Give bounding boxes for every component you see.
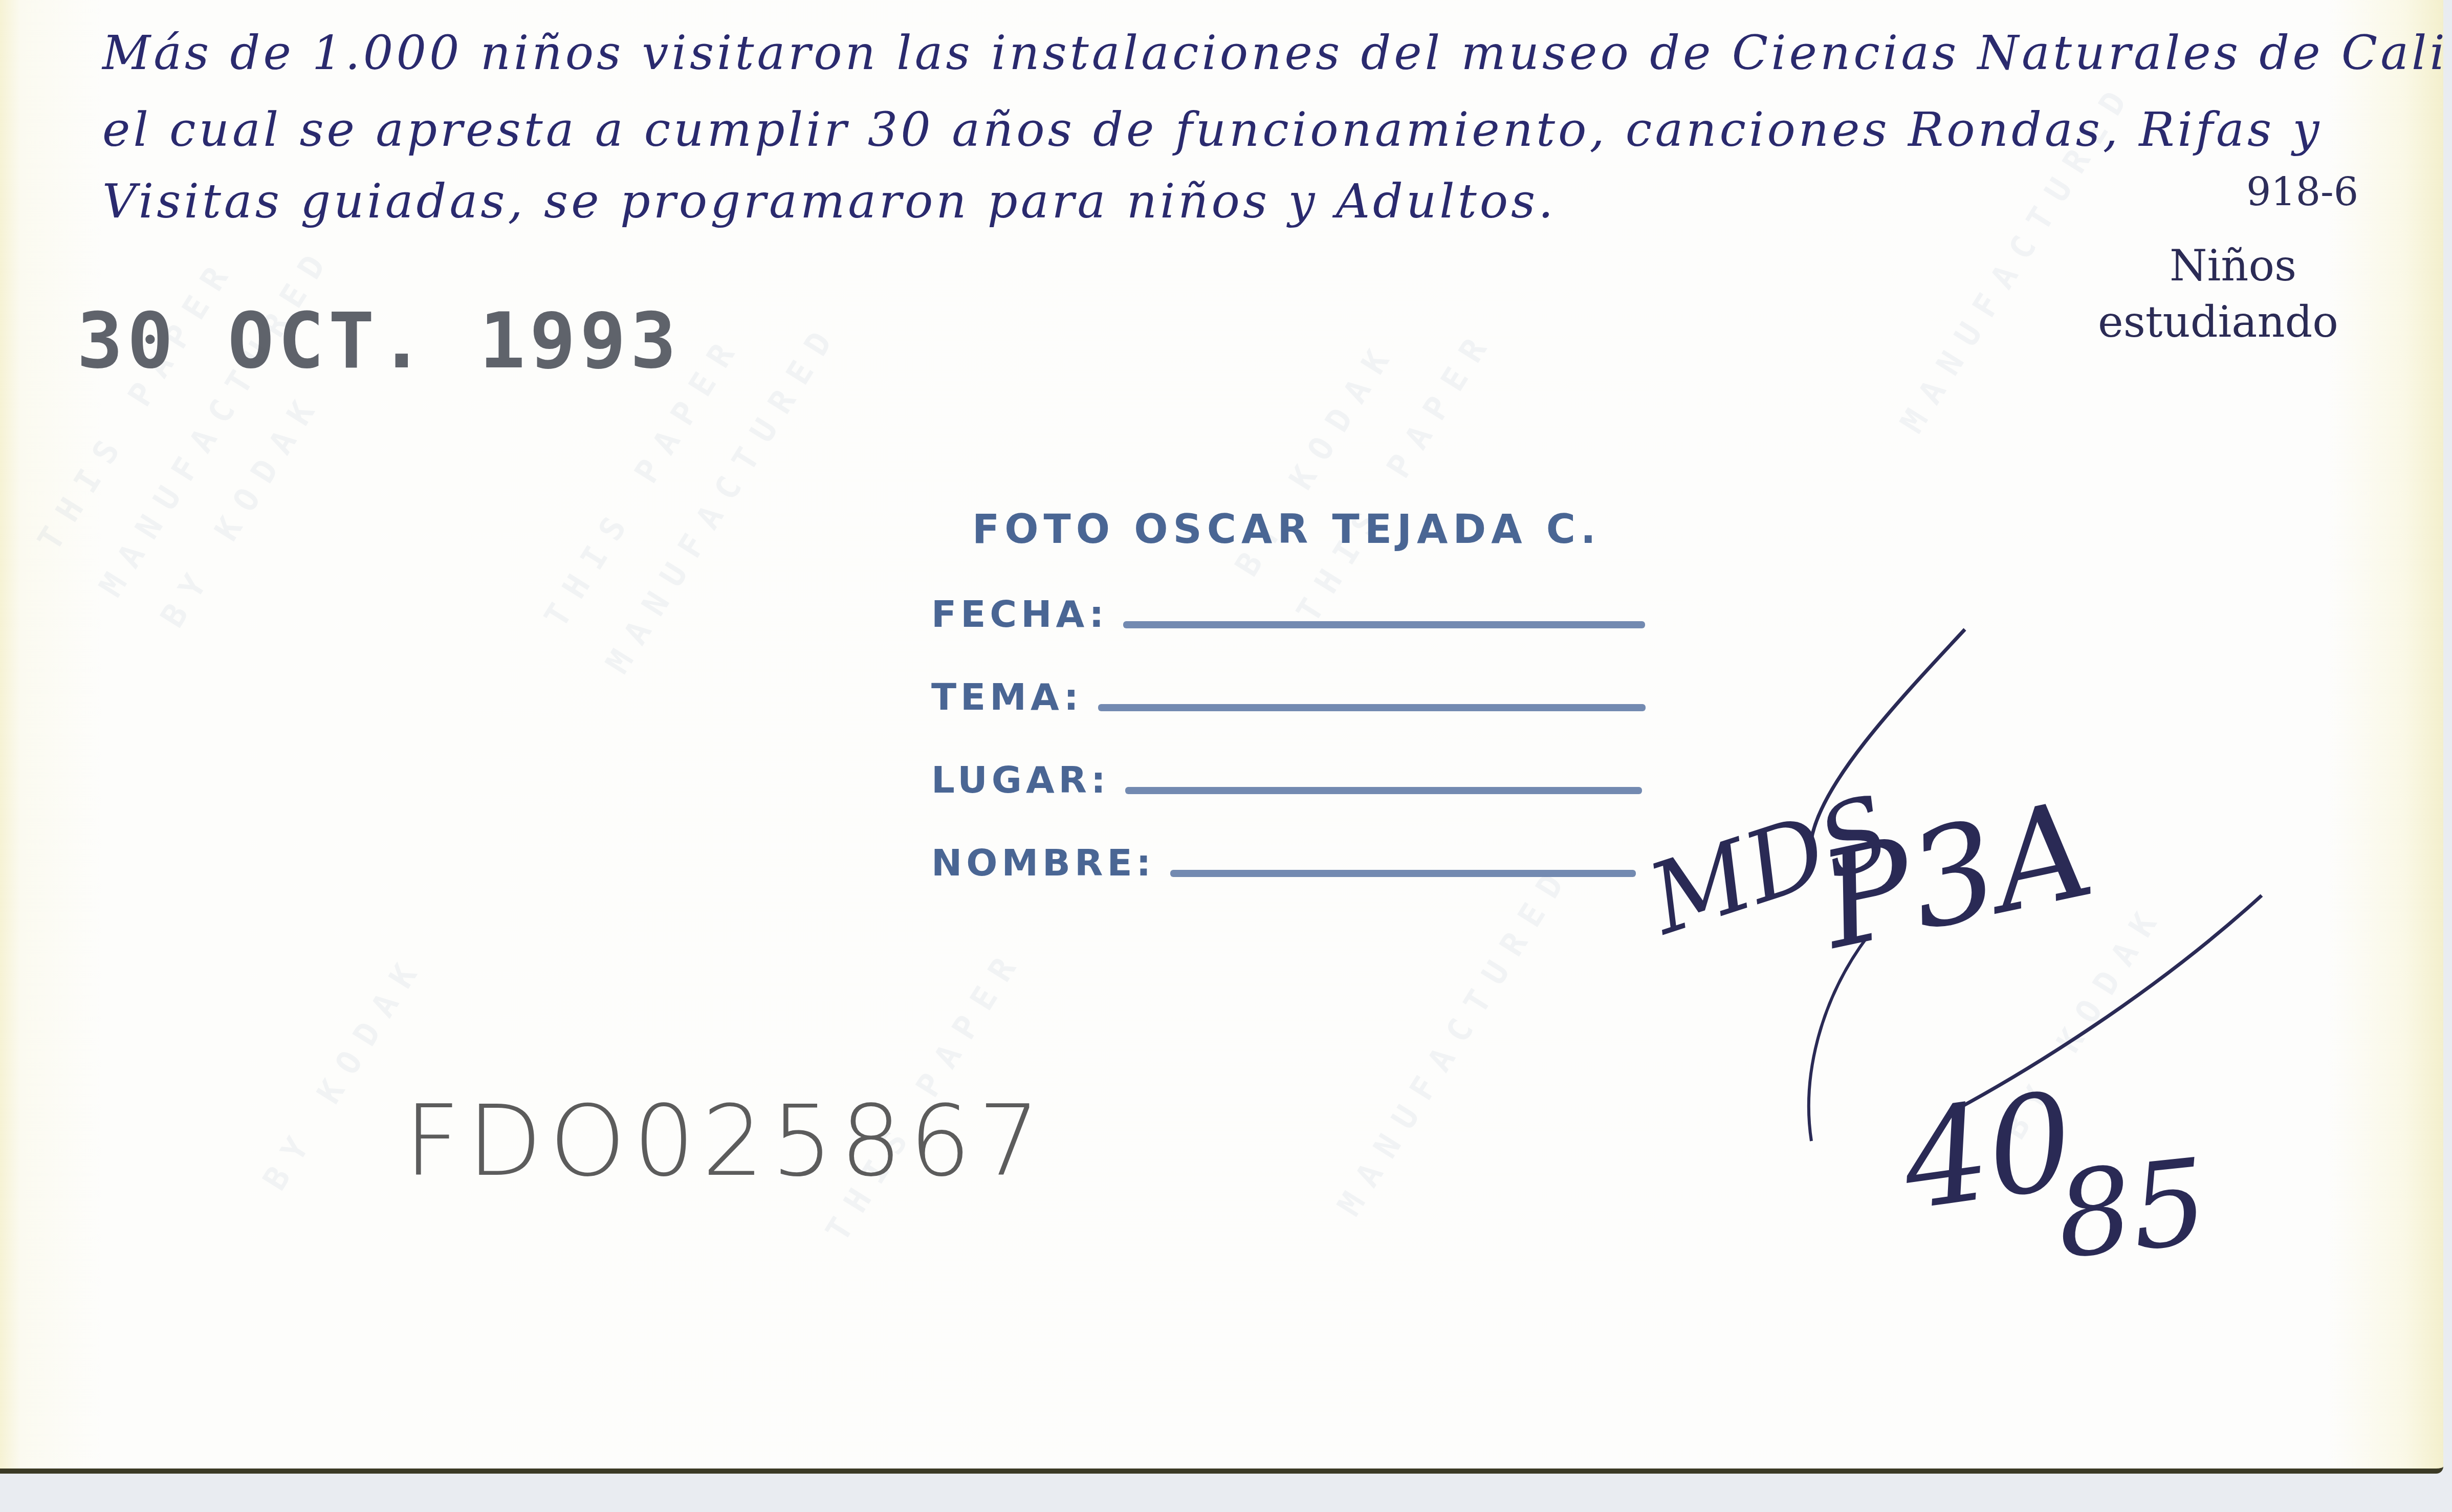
stamp-blank-line [1098,704,1646,711]
date-stamp: 30 OCT. 1993 [77,297,681,386]
stamp-field-fecha: FECHA: [931,593,1646,636]
caption-line-1: Más de 1.000 niños visitaron las instala… [102,26,2448,80]
reference-number: 918-6 [2246,169,2358,214]
stamp-blank-line [1125,787,1642,794]
stamp-blank-line [1123,621,1645,628]
annotation-code: 85 [2050,1133,2214,1285]
stamp-blank-line [1170,870,1636,877]
kodak-watermark: MANUFACTURED [1330,856,1579,1222]
stamp-label: TEMA: [931,675,1083,718]
subject-tag: estudiando [2098,297,2338,347]
stamp-label: LUGAR: [931,758,1110,801]
stamp-field-lugar: LUGAR: [931,758,1646,801]
stamp-title: FOTO OSCAR TEJADA C. [972,507,1646,553]
stamp-field-tema: TEMA: [931,675,1646,718]
stamp-label: FECHA: [931,593,1108,636]
archive-code: FDO025867 [404,1085,1047,1198]
photo-back-card: THIS PAPER MANUFACTURED BY KODAK THIS PA… [0,0,2443,1474]
stamp-field-nombre: NOMBRE: [931,841,1646,884]
stamp-label: NOMBRE: [931,841,1155,884]
caption-line-2: el cual se apresta a cumplir 30 años de … [102,102,2322,157]
subject-tag: Niños [2170,240,2296,291]
photographer-stamp: FOTO OSCAR TEJADA C. FECHA: TEMA: LUGAR:… [931,507,1646,884]
caption-line-3: Visitas guiadas, se programaron para niñ… [102,174,1557,229]
